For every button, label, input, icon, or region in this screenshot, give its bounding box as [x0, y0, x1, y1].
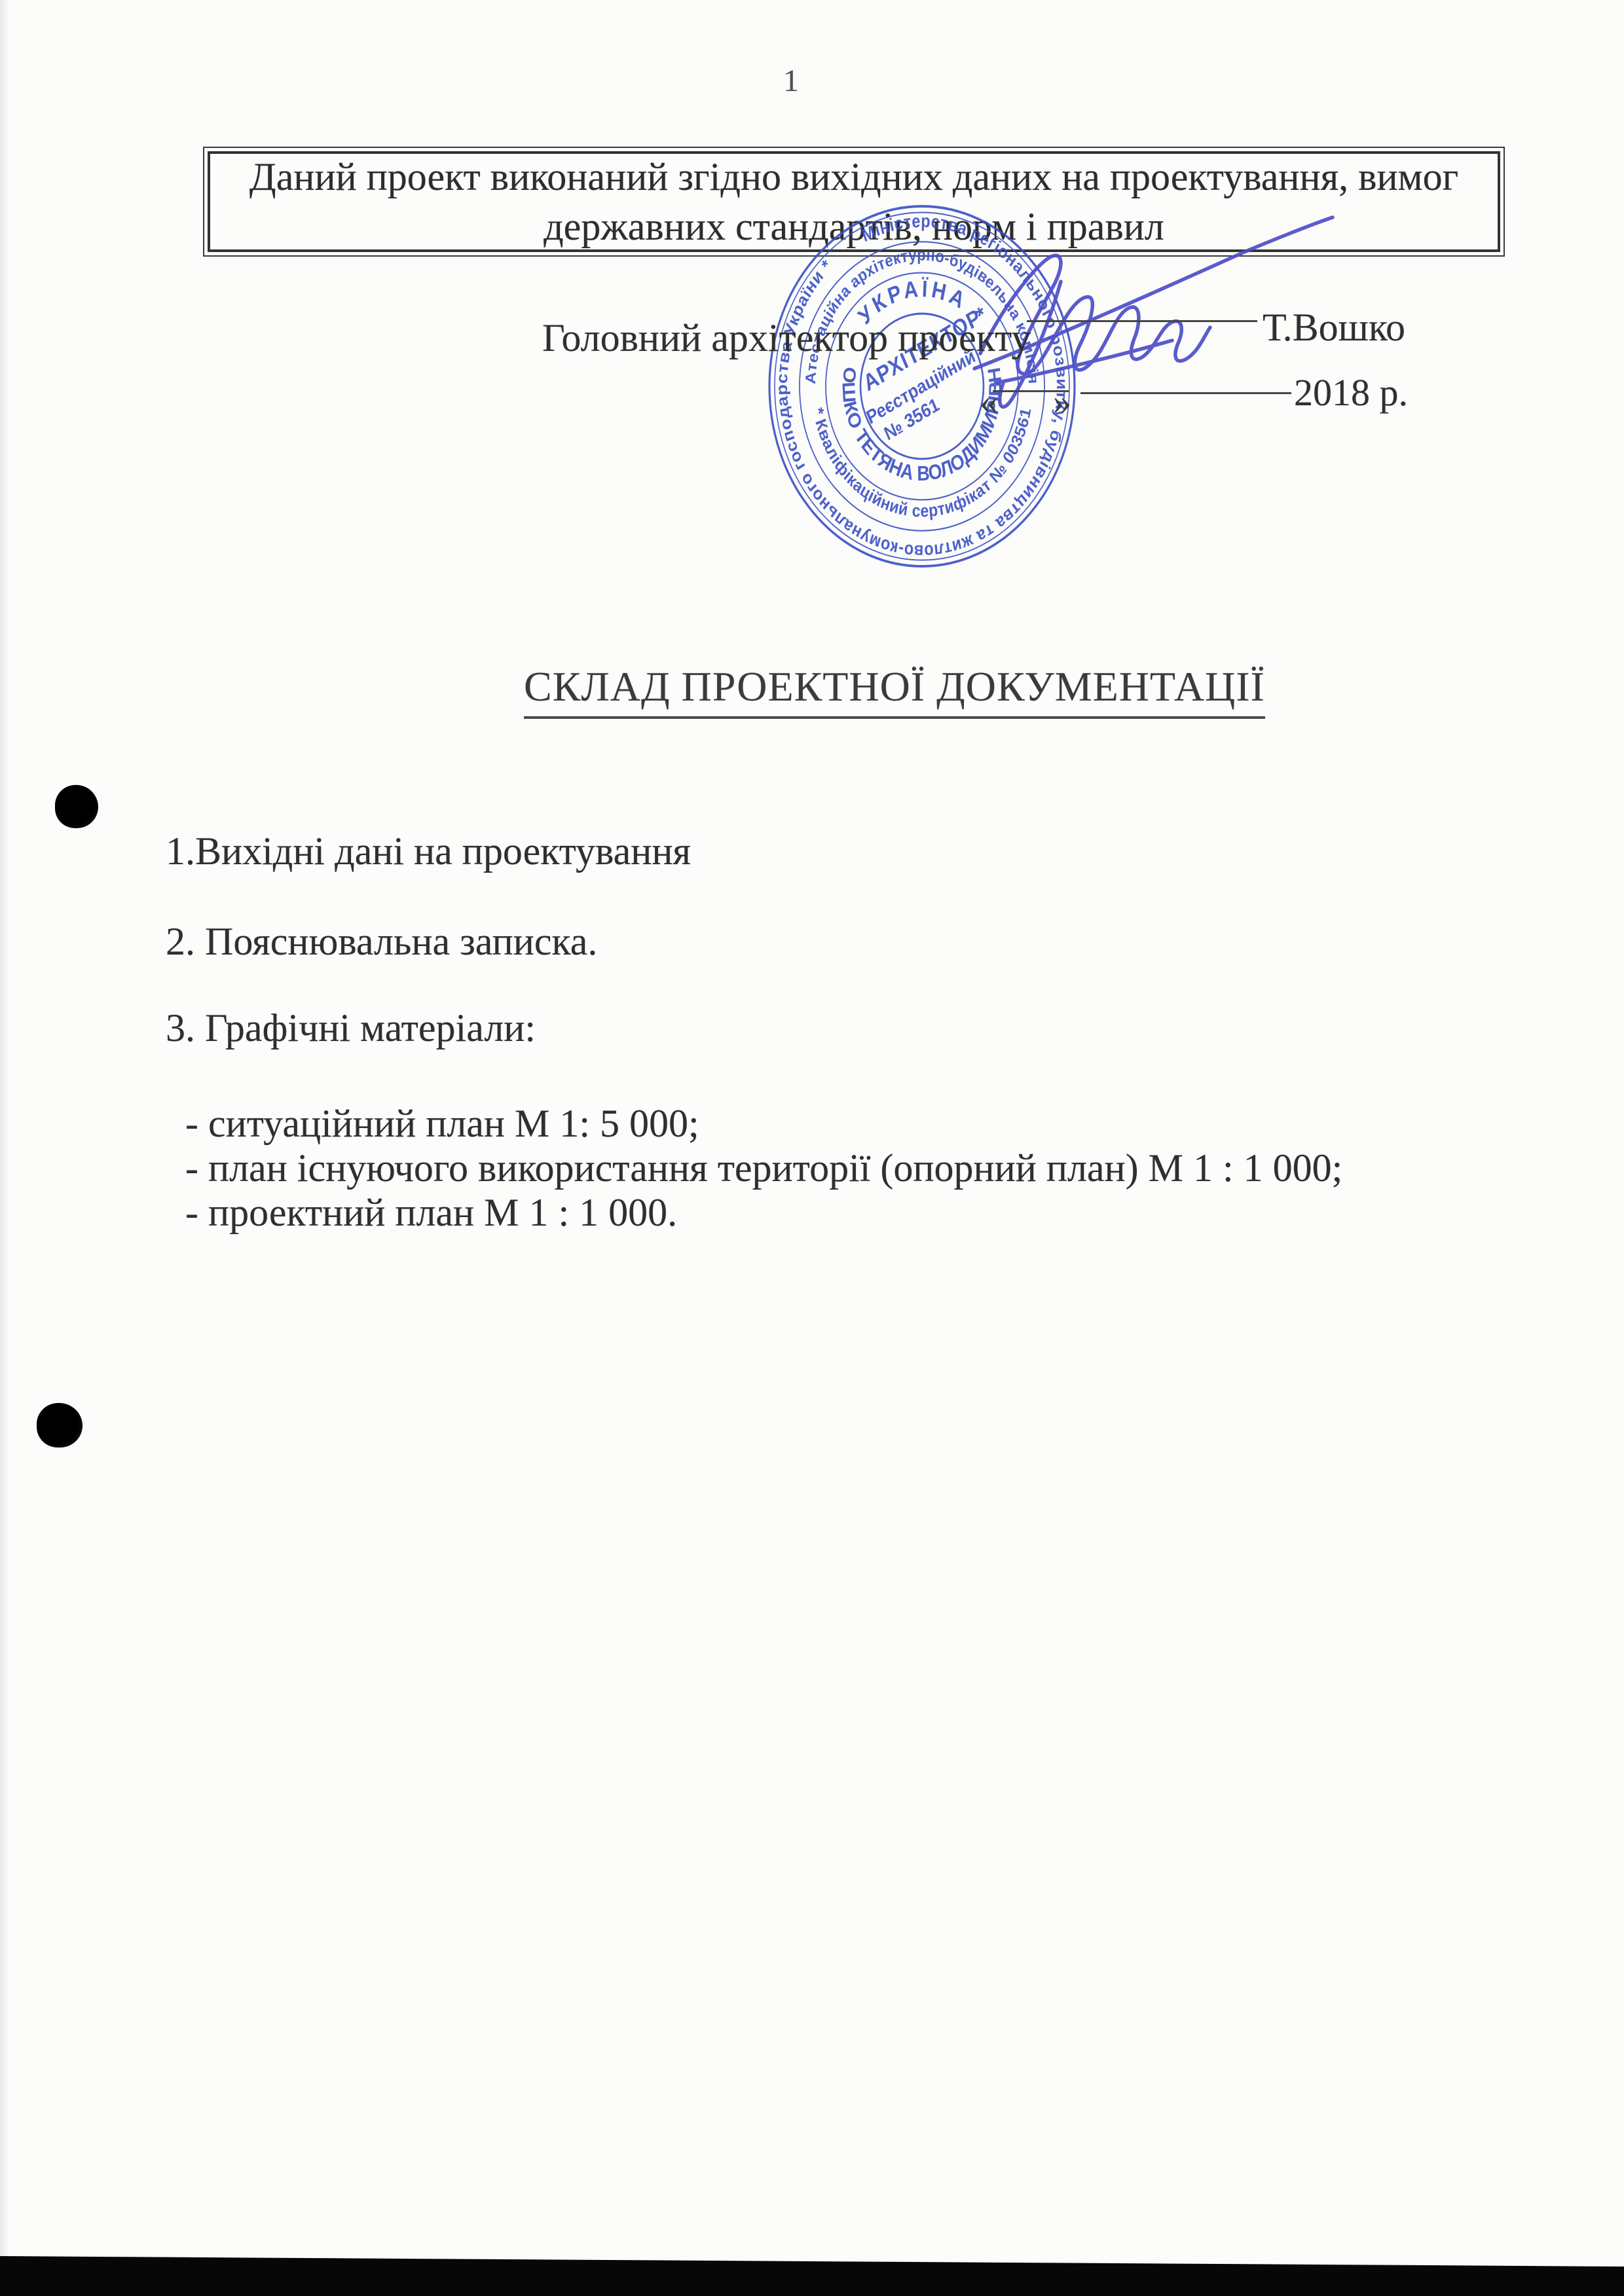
- month-blank-line: [1080, 392, 1291, 394]
- signer-name: Т.Вошко: [1263, 305, 1405, 350]
- graphic-material-item-1: - ситуаційний план М 1: 5 000;: [185, 1101, 699, 1146]
- page-number: 1: [783, 63, 799, 99]
- document-contents-heading: СКЛАД ПРОЕКТНОЇ ДОКУМЕНТАЦІЇ: [524, 663, 1265, 719]
- graphic-material-item-3: - проектний план М 1 : 1 000.: [185, 1190, 677, 1235]
- day-quote-open: «: [980, 381, 998, 423]
- hole-punch-mark-top: [55, 785, 98, 828]
- graphic-material-item-2: - план існуючого використання території …: [185, 1146, 1342, 1191]
- day-quote-close: »: [1053, 381, 1071, 423]
- signature-line: [1027, 320, 1257, 322]
- scanned-document-page: 1 Даний проект виконаний згідно вихідних…: [0, 0, 1624, 2296]
- contents-item-3: 3. Графічні матеріали:: [166, 1006, 536, 1051]
- scan-left-edge-shade: [0, 0, 9, 2296]
- scan-bottom-black-band: [0, 2248, 1624, 2296]
- hole-punch-mark-bottom: [37, 1403, 83, 1448]
- year-label: 2018 р.: [1294, 371, 1408, 414]
- contents-item-2: 2. Пояснювальна записка.: [166, 919, 597, 964]
- chief-architect-role-label: Головний архітектор проекту: [542, 316, 1031, 361]
- contents-item-1: 1.Вихідні дані на проектування: [166, 829, 691, 874]
